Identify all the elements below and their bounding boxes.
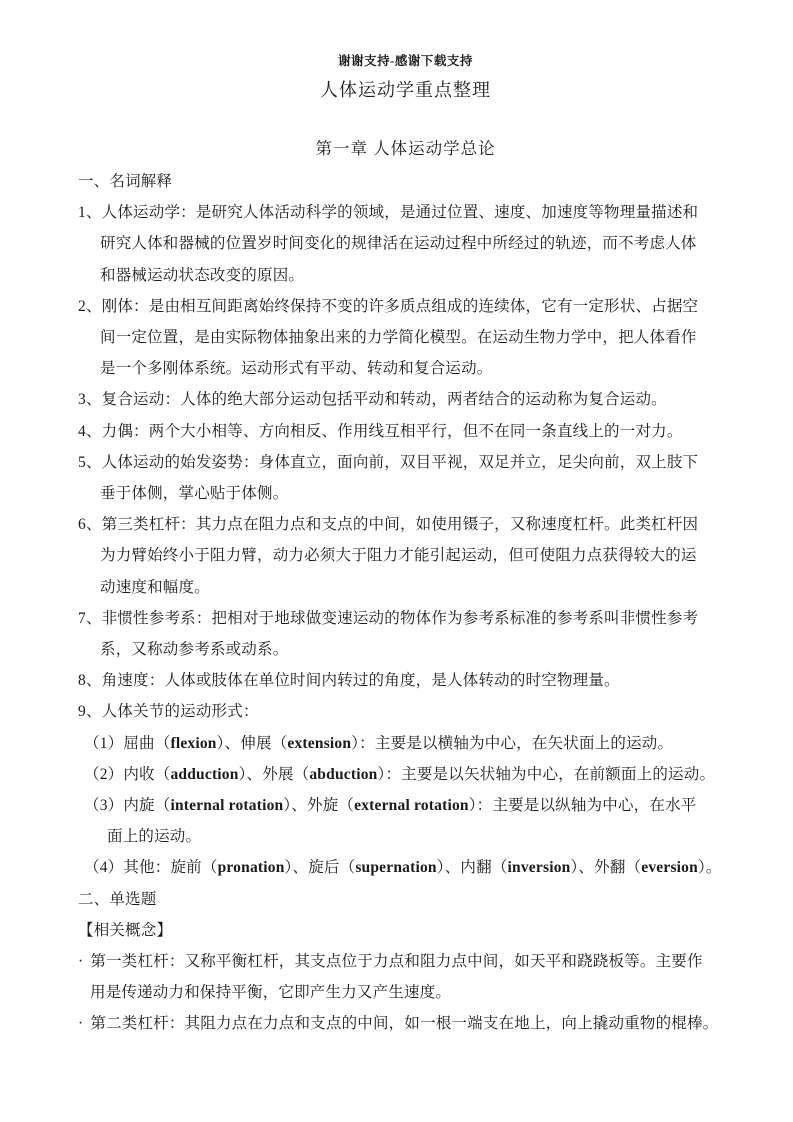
text-segment: ）、旋后（ bbox=[285, 859, 356, 876]
concept-bullet-line: ·第二类杠杆：其阻力点在力点和支点的中间，如一根一端支在地上，向上撬动重物的棍棒… bbox=[78, 1008, 733, 1039]
definition-item-line: 3、复合运动：人体的绝大部分运动包括平动和转动，两者结合的运动称为复合运动。 bbox=[78, 384, 733, 415]
text-segment: ）：主要是以纵轴为中心，在水平 bbox=[469, 797, 697, 814]
definition-item-line: 2、刚体：是由相互间距离始终保持不变的许多质点组成的连续体，它有一定形状、占据空 bbox=[78, 291, 733, 322]
section-heading-mcq: 二、单选题 bbox=[78, 884, 733, 915]
text-segment: （2）内收（ bbox=[84, 766, 170, 783]
bullet-icon: · bbox=[78, 1015, 83, 1032]
joint-motion-item: （4）其他：旋前（pronation）、旋后（supernation）、内翻（i… bbox=[84, 852, 733, 883]
term-en: internal rotation bbox=[170, 797, 283, 814]
term-en: pronation bbox=[218, 859, 285, 876]
definition-item-line: 动速度和幅度。 bbox=[100, 572, 733, 603]
document-page: 谢谢支持-感谢下载支持 人体运动学重点整理 第一章 人体运动学总论 一、名词解释… bbox=[0, 0, 793, 1122]
text-segment: ）、外展（ bbox=[239, 766, 310, 783]
text-segment: ）、外旋（ bbox=[283, 797, 354, 814]
text-segment: ）。 bbox=[698, 859, 722, 876]
definition-item-line: 为力臂始终小于阻力臂，动力必须大于阻力才能引起运动，但可使阻力点获得较大的运 bbox=[100, 540, 733, 571]
definition-item-line: 1、人体运动学：是研究人体活动科学的领域，是通过位置、速度、加速度等物理量描述和 bbox=[78, 197, 733, 228]
related-concepts-heading: 【相关概念】 bbox=[78, 915, 733, 946]
definition-item-line: 垂于体侧，掌心贴于体侧。 bbox=[100, 478, 733, 509]
chapter-heading: 第一章 人体运动学总论 bbox=[78, 139, 733, 158]
document-body: 一、名词解释 1、人体运动学：是研究人体活动科学的领域，是通过位置、速度、加速度… bbox=[78, 166, 733, 1040]
definition-item-line: 4、力偶：两个大小相等、方向相反、作用线互相平行，但不在同一条直线上的一对力。 bbox=[78, 416, 733, 447]
term-en: adduction bbox=[170, 766, 238, 783]
text-segment: ）、外翻（ bbox=[570, 859, 641, 876]
term-en: abduction bbox=[309, 766, 377, 783]
concept-bullet-continuation: 用是传递动力和保持平衡，它即产生力又产生速度。 bbox=[90, 977, 733, 1008]
term-en: inversion bbox=[508, 859, 571, 876]
term-en: flexion bbox=[170, 735, 216, 752]
definition-item-line: 和器械运动状态改变的原因。 bbox=[100, 260, 733, 291]
document-title: 人体运动学重点整理 bbox=[78, 78, 733, 102]
joint-motion-item: （1）屈曲（flexion）、伸展（extension）：主要是以横轴为中心，在… bbox=[84, 728, 733, 759]
joint-motion-item: （2）内收（adduction）、外展（abduction）：主要是以矢状轴为中… bbox=[84, 759, 733, 790]
text-segment: ）：主要是以矢状轴为中心，在前额面上的运动。 bbox=[378, 766, 716, 783]
concept-text: 第一类杠杆：又称平衡杠杆，其支点位于力点和阻力点中间，如天平和跷跷板等。主要作 bbox=[90, 953, 702, 970]
definition-item-line: 系，又称动参考系或动系。 bbox=[100, 634, 733, 665]
term-en: extension bbox=[287, 735, 351, 752]
definition-item-line: 研究人体和器械的位置岁时间变化的规律活在运动过程中所经过的轨迹，而不考虑人体 bbox=[100, 228, 733, 259]
definition-item-line: 是一个多刚体系统。运动形式有平动、转动和复合运动。 bbox=[100, 353, 733, 384]
section-heading-definitions: 一、名词解释 bbox=[78, 166, 733, 197]
definition-item-line: 9、人体关节的运动形式： bbox=[78, 696, 733, 727]
definition-item-line: 8、角速度：人体或肢体在单位时间内转过的角度，是人体转动的时空物理量。 bbox=[78, 665, 733, 696]
concept-text: 第二类杠杆：其阻力点在力点和支点的中间，如一根一端支在地上，向上撬动重物的棍棒。 bbox=[90, 1015, 718, 1032]
concept-bullet-line: ·第一类杠杆：又称平衡杠杆，其支点位于力点和阻力点中间，如天平和跷跷板等。主要作 bbox=[78, 946, 733, 977]
text-segment: ）、内翻（ bbox=[437, 859, 508, 876]
definition-item-line: 7、非惯性参考系：把相对于地球做变速运动的物体作为参考系标准的参考系叫非惯性参考 bbox=[78, 603, 733, 634]
term-en: supernation bbox=[355, 859, 436, 876]
term-en: external rotation bbox=[354, 797, 469, 814]
bullet-icon: · bbox=[78, 953, 83, 970]
text-segment: ）：主要是以横轴为中心，在矢状面上的运动。 bbox=[351, 735, 673, 752]
definition-item-line: 间一定位置，是由实际物体抽象出来的力学简化模型。在运动生物力学中，把人体看作 bbox=[100, 322, 733, 353]
page-header-note: 谢谢支持-感谢下载支持 bbox=[78, 0, 733, 68]
text-segment: ）、伸展（ bbox=[217, 735, 288, 752]
definition-item-line: 6、第三类杠杆：其力点在阻力点和支点的中间，如使用镊子，又称速度杠杆。此类杠杆因 bbox=[78, 509, 733, 540]
definition-item-line: 5、人体运动的始发姿势：身体直立，面向前，双目平视，双足并立，足尖向前，双上肢下 bbox=[78, 447, 733, 478]
joint-motion-item: （3）内旋（internal rotation）、外旋（external rot… bbox=[84, 790, 733, 821]
term-en: eversion bbox=[641, 859, 698, 876]
text-segment: （4）其他：旋前（ bbox=[84, 859, 218, 876]
text-segment: （3）内旋（ bbox=[84, 797, 170, 814]
text-segment: （1）屈曲（ bbox=[84, 735, 170, 752]
joint-motion-item-continuation: 面上的运动。 bbox=[107, 821, 733, 852]
